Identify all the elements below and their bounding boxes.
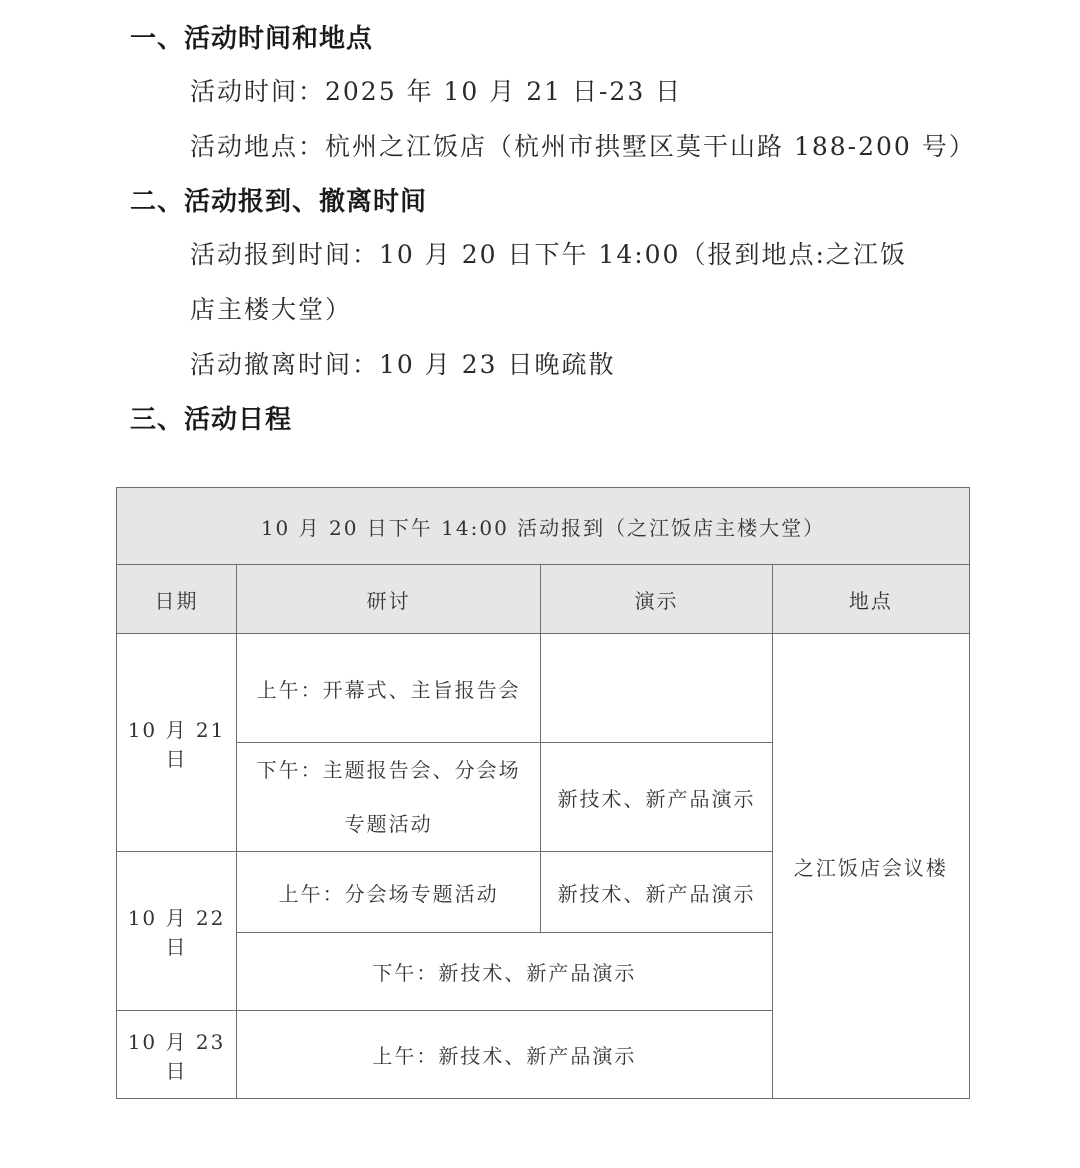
merged-activity-cell: 上午：新技术、新产品演示 <box>237 1011 773 1099</box>
demo-cell <box>541 634 772 743</box>
schedule-table: 10 月 20 日下午 14:00 活动报到（之江饭店主楼大堂） 日期 研讨 演… <box>116 487 970 1099</box>
seminar-line: 下午：主题报告会、分会场 <box>243 743 534 797</box>
demo-cell: 新技术、新产品演示 <box>541 852 772 933</box>
checkin-banner-cell: 10 月 20 日下午 14:00 活动报到（之江饭店主楼大堂） <box>117 488 970 565</box>
section-heading-schedule: 三、活动日程 <box>130 399 292 436</box>
seminar-cell: 上午：分会场专题活动 <box>237 852 541 933</box>
date-cell-oct23: 10 月 23 日 <box>117 1011 237 1099</box>
section-heading-time-location: 一、活动时间和地点 <box>130 18 373 55</box>
date-cell-oct21: 10 月 21 日 <box>117 634 237 852</box>
seminar-cell: 下午：主题报告会、分会场 专题活动 <box>237 743 541 852</box>
seminar-line: 专题活动 <box>243 797 534 851</box>
checkout-time-text: 活动撤离时间：10 月 23 日晚疏散 <box>190 345 615 381</box>
header-date: 日期 <box>117 565 237 634</box>
table-header-row: 日期 研讨 演示 地点 <box>117 565 970 634</box>
event-time-text: 活动时间：2025 年 10 月 21 日-23 日 <box>190 72 682 108</box>
table-banner-row: 10 月 20 日下午 14:00 活动报到（之江饭店主楼大堂） <box>117 488 970 565</box>
checkin-time-text: 活动报到时间：10 月 20 日下午 14:00（报到地点:之江饭 <box>190 235 907 271</box>
venue-cell: 之江饭店会议楼 <box>772 634 969 1099</box>
header-seminar: 研讨 <box>237 565 541 634</box>
checkin-time-text-continued: 店主楼大堂） <box>190 290 352 326</box>
table-row: 10 月 21 日 上午：开幕式、主旨报告会 之江饭店会议楼 <box>117 634 970 743</box>
event-location-text: 活动地点：杭州之江饭店（杭州市拱墅区莫干山路 188-200 号） <box>190 127 976 163</box>
header-demo: 演示 <box>541 565 772 634</box>
demo-cell: 新技术、新产品演示 <box>541 743 772 852</box>
section-heading-checkin-checkout: 二、活动报到、撤离时间 <box>130 181 427 218</box>
document-page: 一、活动时间和地点 活动时间：2025 年 10 月 21 日-23 日 活动地… <box>0 0 1080 1168</box>
header-venue: 地点 <box>772 565 969 634</box>
date-cell-oct22: 10 月 22 日 <box>117 852 237 1011</box>
seminar-cell: 上午：开幕式、主旨报告会 <box>237 634 541 743</box>
merged-activity-cell: 下午：新技术、新产品演示 <box>237 933 773 1011</box>
